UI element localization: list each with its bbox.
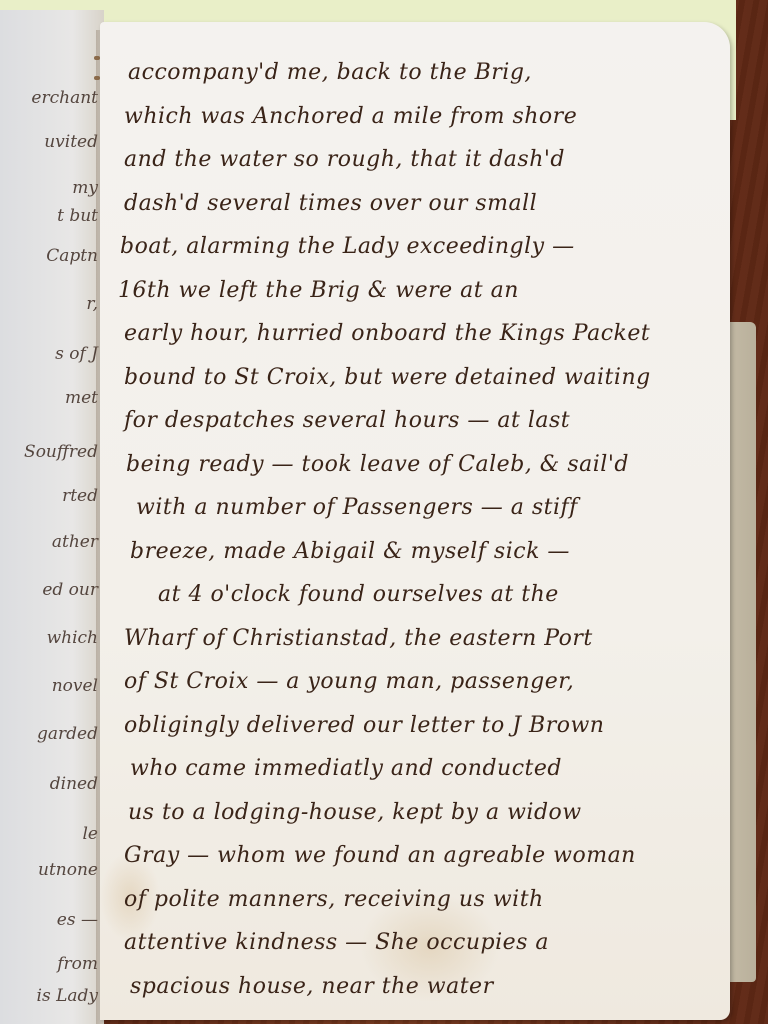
left-fragment: garded (37, 724, 98, 744)
manuscript-line: 16th we left the Brig & were at an (118, 278, 519, 303)
manuscript-line: being ready — took leave of Caleb, & sai… (126, 452, 629, 477)
manuscript-line: attentive kindness — She occupies a (124, 930, 549, 955)
manuscript-line: dash'd several times over our small (124, 191, 537, 216)
manuscript-line: obligingly delivered our letter to J Bro… (124, 713, 604, 738)
left-fragment: met (65, 388, 98, 408)
manuscript-line: bound to St Croix, but were detained wai… (124, 365, 651, 390)
left-fragment: es — (57, 910, 98, 930)
manuscript-line: of St Croix — a young man, passenger, (124, 669, 574, 694)
manuscript-line: with a number of Passengers — a stiff (136, 495, 578, 520)
manuscript-line: for despatches several hours — at last (124, 408, 570, 433)
manuscript-line: early hour, hurried onboard the Kings Pa… (124, 321, 650, 346)
left-fragment: s of J (55, 344, 98, 364)
manuscript-line: breeze, made Abigail & myself sick — (130, 539, 570, 564)
manuscript-line: Gray — whom we found an agreable woman (124, 843, 636, 868)
manuscript-line: who came immediatly and conducted (130, 756, 562, 781)
left-fragment: which (47, 628, 98, 648)
manuscript-line: us to a lodging-house, kept by a widow (128, 800, 582, 825)
manuscript-line: and the water so rough, that it dash'd (124, 147, 565, 172)
manuscript-line: Wharf of Christianstad, the eastern Port (124, 626, 593, 651)
manuscript-line: of polite manners, receiving us with (124, 887, 544, 912)
left-fragment: from (57, 954, 98, 974)
left-fragment: ed our (42, 580, 98, 600)
manuscript-line: boat, alarming the Lady exceedingly — (120, 234, 575, 259)
left-fragment: uvited (44, 132, 98, 152)
left-fragment: is Lady (37, 986, 98, 1006)
left-fragment: utnone (38, 860, 98, 880)
left-page: erchant uvited my t but Captn r, s of J … (0, 10, 104, 1024)
left-fragment: dined (50, 774, 98, 794)
right-page: accompany'd me, back to the Brig,which w… (100, 22, 730, 1020)
manuscript-line: which was Anchored a mile from shore (124, 104, 577, 129)
left-fragment: rted (62, 486, 98, 506)
manuscript-line: at 4 o'clock found ourselves at the (158, 582, 559, 607)
left-fragment: Souffred (24, 442, 98, 462)
manuscript-line: accompany'd me, back to the Brig, (128, 60, 532, 85)
left-fragment: t but (57, 206, 98, 226)
left-fragment: my (72, 178, 98, 198)
left-fragment: Captn (46, 246, 98, 266)
left-fragment: ather (52, 532, 98, 552)
manuscript-line: spacious house, near the water (130, 974, 494, 999)
left-fragment: novel (52, 676, 98, 696)
left-fragment: erchant (31, 88, 98, 108)
